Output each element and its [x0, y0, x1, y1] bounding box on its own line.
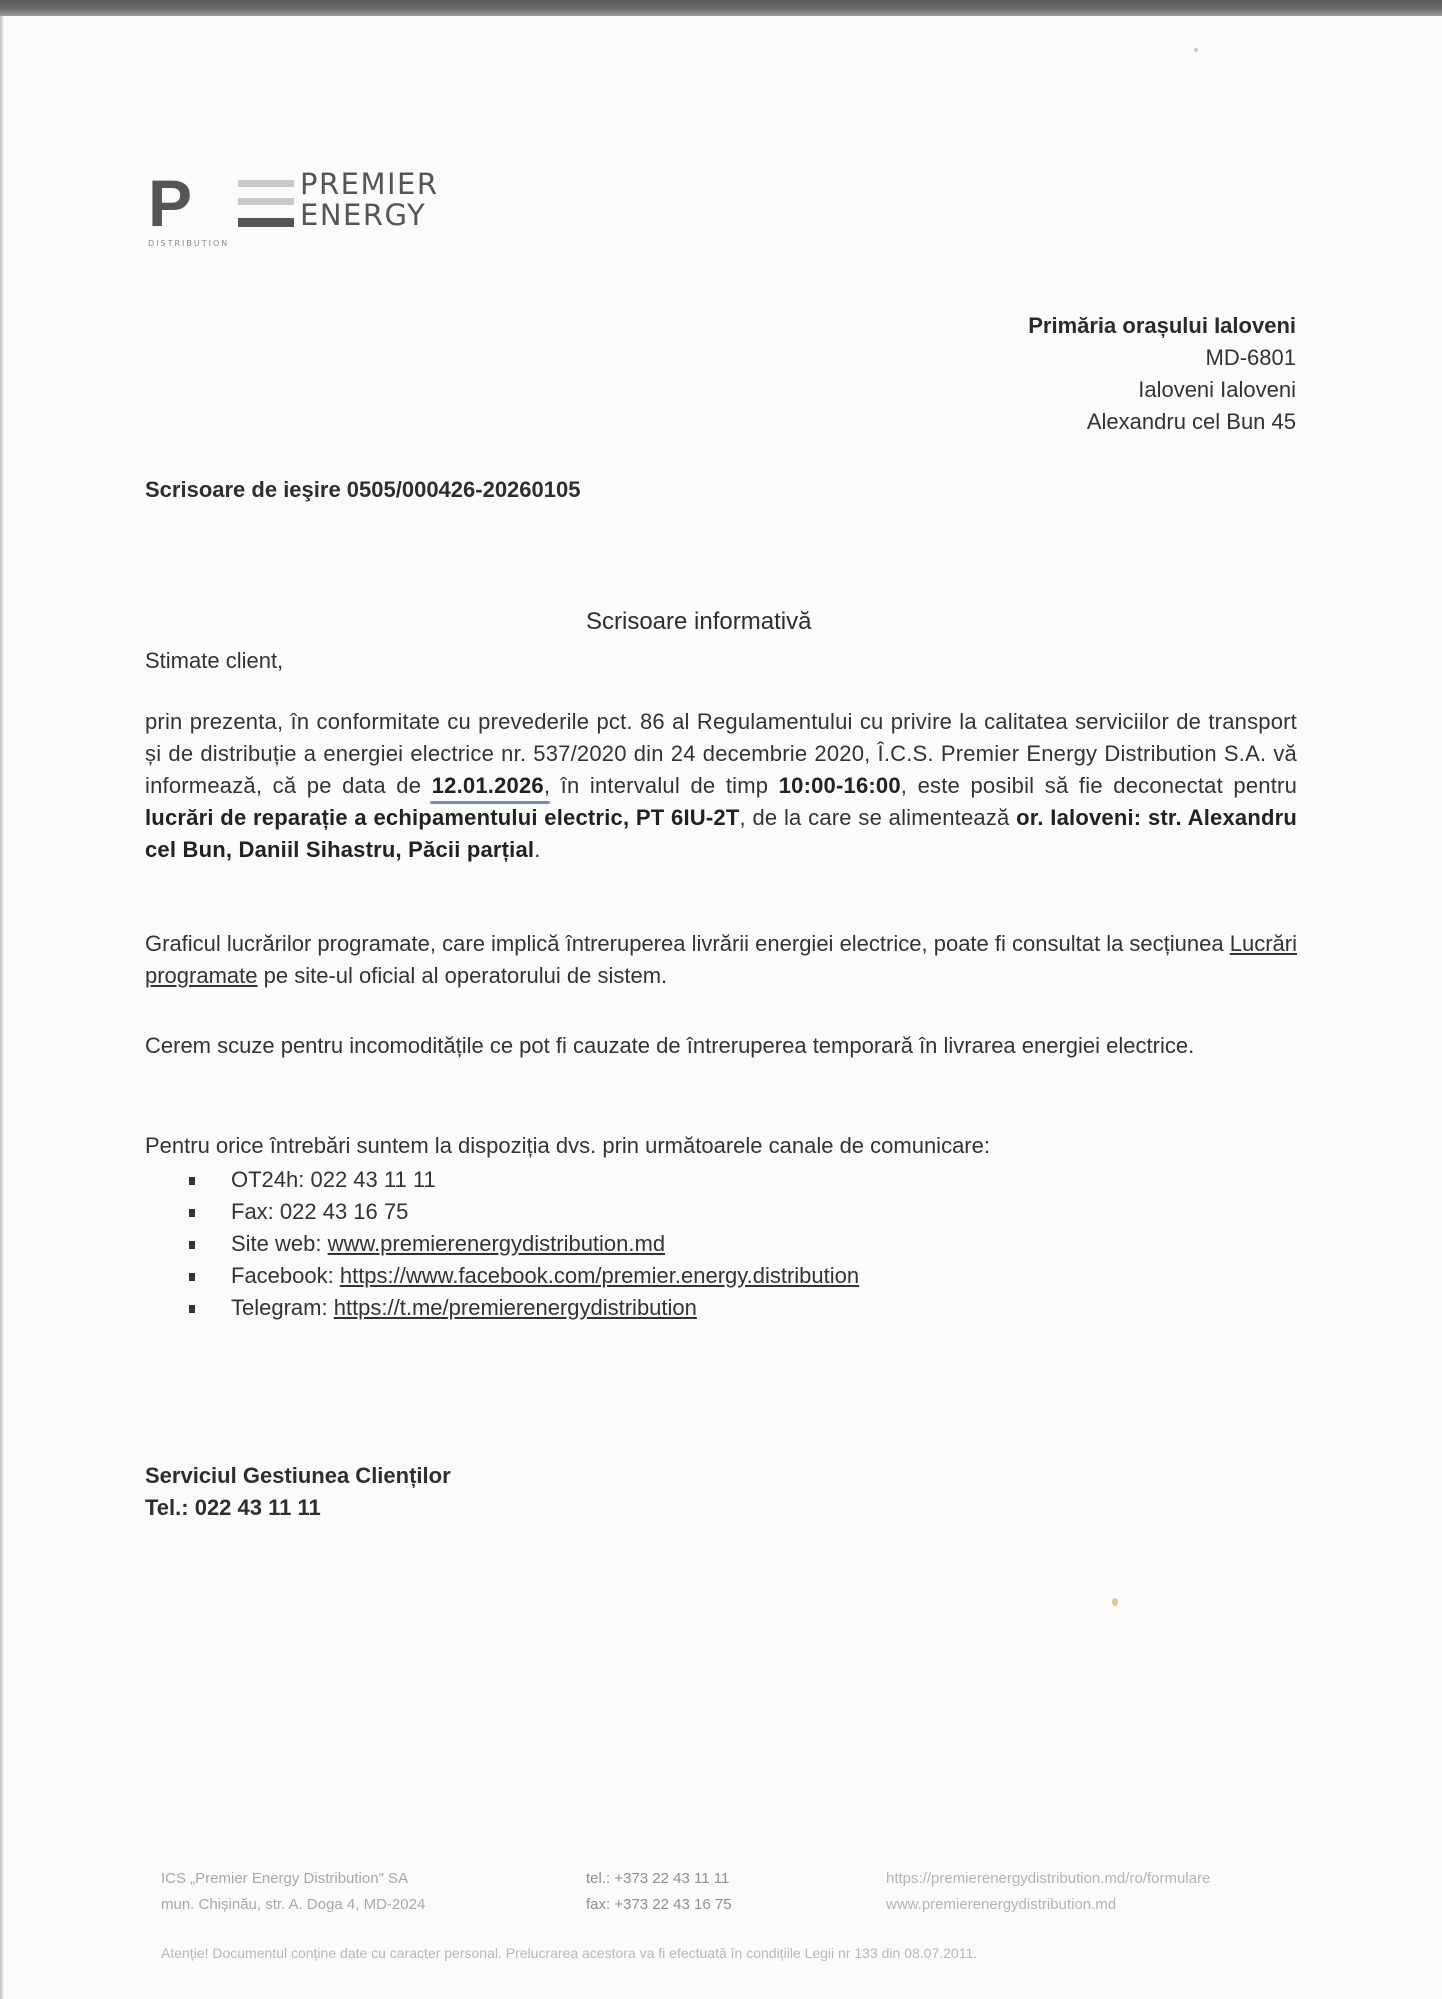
- contact-intro: Pentru orice întrebări suntem la dispozi…: [145, 1130, 1297, 1162]
- work-description: lucrări de reparație a echipamentului el…: [145, 805, 740, 830]
- greeting: Stimate client,: [145, 648, 283, 674]
- notice-paragraph: prin prezenta, în conformitate cu preved…: [145, 706, 1297, 866]
- footer-website-link[interactable]: www.premierenergydistribution.md: [886, 1892, 1210, 1918]
- recipient-postal-code: MD-6801: [1028, 342, 1296, 374]
- contact-item-facebook: Facebook: https://www.facebook.com/premi…: [185, 1260, 859, 1292]
- text: Graficul lucrărilor programate, care imp…: [145, 931, 1230, 956]
- signature-block: Serviciul Gestiunea Clienților Tel.: 022…: [145, 1460, 451, 1524]
- company-logo: P PREMIER ENERGY DISTRIBUTION: [148, 170, 528, 260]
- contact-item-fax: Fax: 022 43 16 75: [185, 1196, 859, 1228]
- footer-forms-link[interactable]: https://premierenergydistribution.md/ro/…: [886, 1866, 1210, 1892]
- logo-bar: [238, 218, 294, 227]
- logo-bar: [238, 198, 294, 205]
- contact-list: OT24h: 022 43 11 11 Fax: 022 43 16 75 Si…: [185, 1164, 859, 1324]
- recipient-locality: Ialoveni Ialoveni: [1028, 374, 1296, 406]
- recipient-address: Primăria orașului Ialoveni MD-6801 Ialov…: [1028, 310, 1296, 438]
- contact-value: 022 43 16 75: [280, 1199, 408, 1224]
- footer-company-name: ICS „Premier Energy Distribution" SA: [161, 1866, 425, 1892]
- recipient-street: Alexandru cel Bun 45: [1028, 406, 1296, 438]
- logo-subtitle: DISTRIBUTION: [148, 239, 229, 248]
- scan-speck: [1112, 1598, 1118, 1606]
- contact-label: OT24h:: [231, 1167, 310, 1192]
- logo-line2: ENERGY: [300, 201, 439, 230]
- signature-department: Serviciul Gestiunea Clienților: [145, 1460, 451, 1492]
- document-title: Scrisoare informativă: [586, 608, 811, 636]
- signature-phone: Tel.: 022 43 11 11: [145, 1492, 451, 1524]
- website-link[interactable]: www.premierenergydistribution.md: [328, 1231, 665, 1256]
- scan-shadow-top: [0, 0, 1442, 16]
- footer-fax: fax: +373 22 43 16 75: [586, 1892, 732, 1918]
- footer-tel: tel.: +373 22 43 11 11: [586, 1866, 732, 1892]
- scan-speck: [1194, 48, 1198, 52]
- text: , este posibil să fie deconectat pentru: [901, 773, 1297, 798]
- letter-reference: Scrisoare de ieşire 0505/000426-20260105: [145, 477, 580, 503]
- contact-item-ot24h: OT24h: 022 43 11 11: [185, 1164, 859, 1196]
- privacy-disclaimer: Atenție! Documentul conține date cu cara…: [161, 1945, 977, 1961]
- telegram-link[interactable]: https://t.me/premierenergydistribution: [334, 1295, 697, 1320]
- text: , de la care se alimentează: [740, 805, 1017, 830]
- contact-label: Facebook:: [231, 1263, 340, 1288]
- logo-mark: P: [148, 170, 190, 236]
- logo-wordmark: PREMIER ENERGY: [300, 170, 439, 230]
- scan-shadow-left: [0, 16, 4, 1999]
- contact-label: Telegram:: [231, 1295, 334, 1320]
- outage-date: 12.01.2026: [432, 773, 544, 798]
- contact-item-website: Site web: www.premierenergydistribution.…: [185, 1228, 859, 1260]
- logo-bar: [238, 180, 294, 187]
- recipient-name: Primăria orașului Ialoveni: [1028, 310, 1296, 342]
- text: .: [534, 837, 540, 862]
- footer-phones: tel.: +373 22 43 11 11 fax: +373 22 43 1…: [586, 1866, 732, 1918]
- contact-item-telegram: Telegram: https://t.me/premierenergydist…: [185, 1292, 859, 1324]
- contact-label: Site web:: [231, 1231, 328, 1256]
- footer-address: mun. Chișinău, str. A. Doga 4, MD-2024: [161, 1892, 425, 1918]
- outage-time: 10:00-16:00: [779, 773, 901, 798]
- footer-links: https://premierenergydistribution.md/ro/…: [886, 1866, 1210, 1918]
- contact-label: Fax:: [231, 1199, 280, 1224]
- footer-company: ICS „Premier Energy Distribution" SA mun…: [161, 1866, 425, 1918]
- logo-line1: PREMIER: [300, 167, 439, 201]
- apology-paragraph: Cerem scuze pentru incomoditățile ce pot…: [145, 1030, 1297, 1062]
- text: , în intervalul de timp: [544, 773, 779, 798]
- facebook-link[interactable]: https://www.facebook.com/premier.energy.…: [340, 1263, 859, 1288]
- contact-value: 022 43 11 11: [310, 1167, 435, 1192]
- schedule-paragraph: Graficul lucrărilor programate, care imp…: [145, 928, 1297, 992]
- text: pe site-ul oficial al operatorului de si…: [258, 963, 668, 988]
